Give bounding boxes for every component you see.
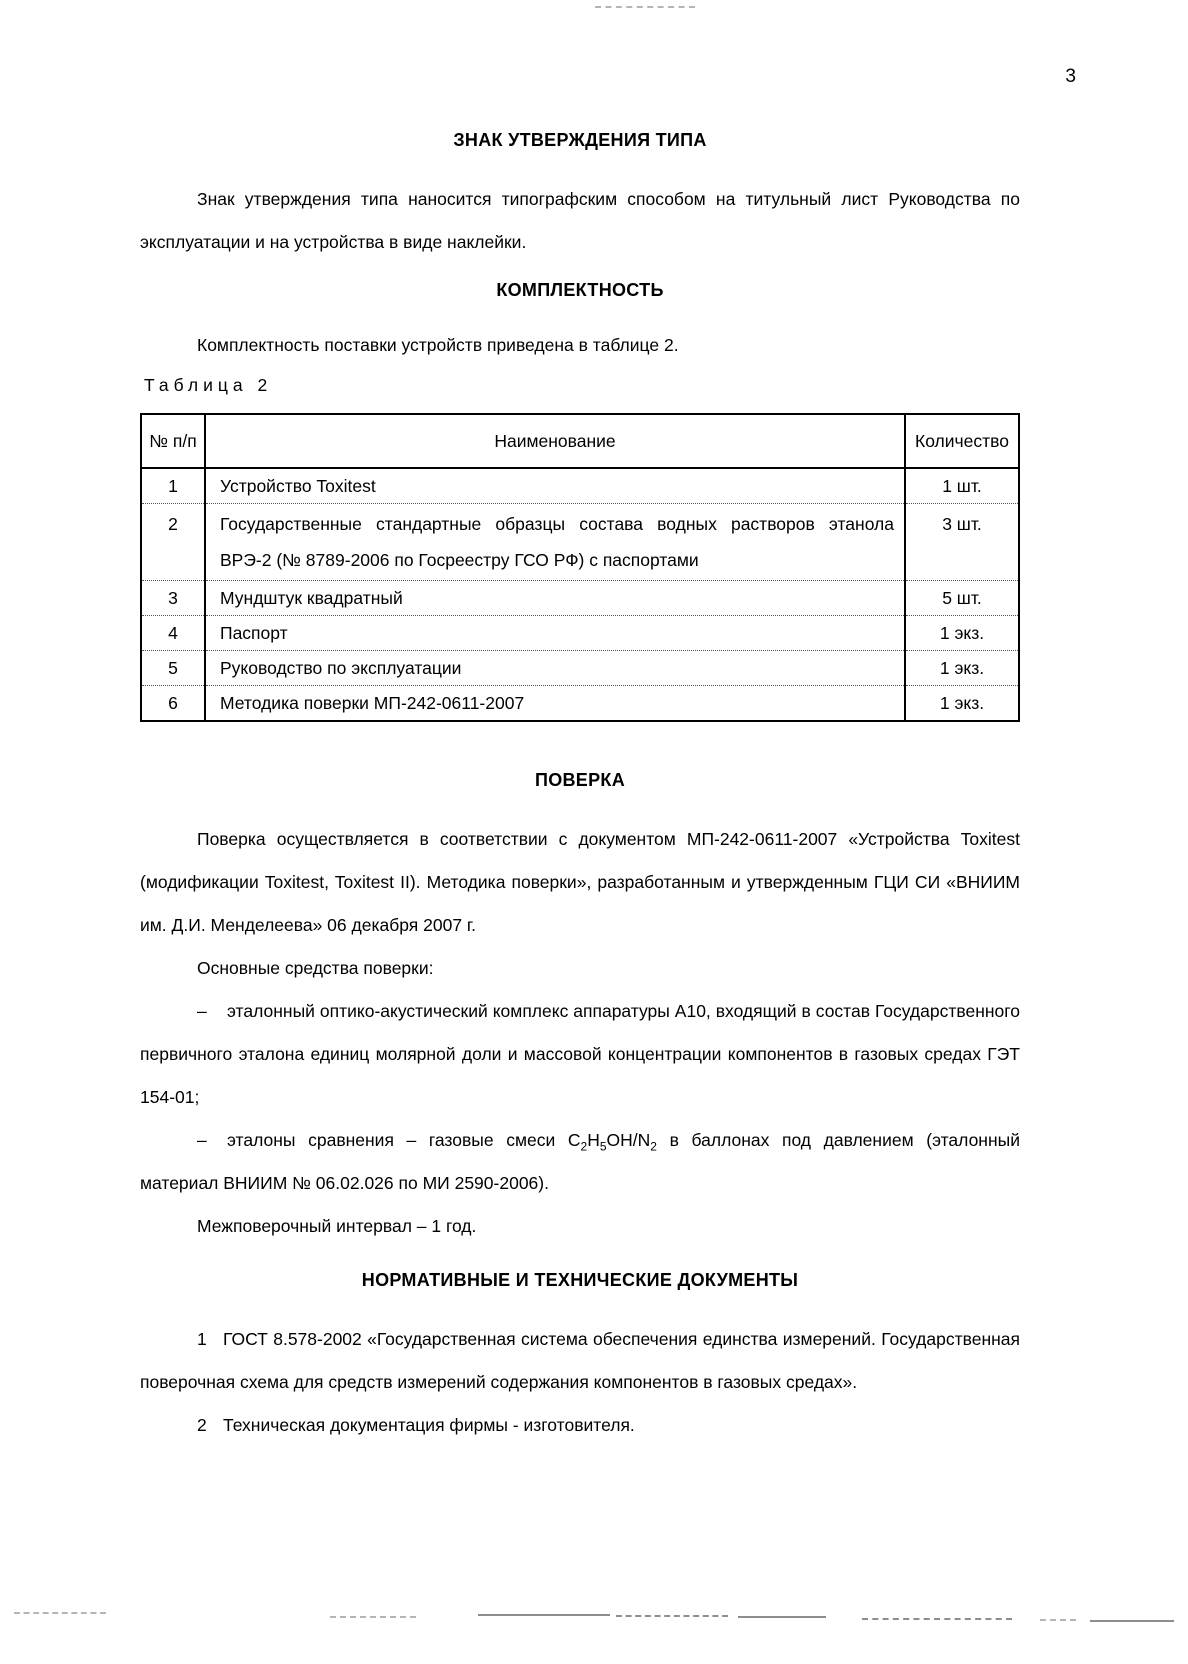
row-quantity: 3 шт. xyxy=(905,504,1019,581)
row-quantity: 1 экз. xyxy=(905,686,1019,722)
table-row: 5 Руководство по эксплуатации 1 экз. xyxy=(141,651,1019,686)
row-name: Методика поверки МП-242-0611-2007 xyxy=(205,686,905,722)
row-number: 6 xyxy=(141,686,205,722)
row-number: 5 xyxy=(141,651,205,686)
table-row: 6 Методика поверки МП-242-0611-2007 1 эк… xyxy=(141,686,1019,722)
column-header-number: № п/п xyxy=(141,414,205,468)
scan-artifact xyxy=(478,1614,610,1616)
row-number: 3 xyxy=(141,581,205,616)
scan-artifact xyxy=(14,1612,106,1614)
verification-means-intro: Основные средства поверки: xyxy=(140,947,1020,990)
verification-paragraph: Поверка осуществляется в соответствии с … xyxy=(140,818,1020,947)
row-name: Руководство по эксплуатации xyxy=(205,651,905,686)
section-title-verification: ПОВЕРКА xyxy=(140,768,1020,792)
document-page: 3 ЗНАК УТВЕРЖДЕНИЯ ТИПА Знак утверждения… xyxy=(0,0,1188,1664)
type-approval-paragraph: Знак утверждения типа наносится типограф… xyxy=(140,178,1020,264)
means-text: эталонный оптико-акустический комплекс а… xyxy=(140,1001,1020,1107)
verification-interval: Межповерочный интервал – 1 год. xyxy=(140,1205,1020,1248)
completeness-intro: Комплектность поставки устройств приведе… xyxy=(140,324,1020,367)
dash-marker: – xyxy=(197,990,227,1033)
item-text: Техническая документация фирмы - изготов… xyxy=(223,1415,635,1435)
row-name: Государственные стандартные образцы сост… xyxy=(205,504,905,581)
row-quantity: 5 шт. xyxy=(905,581,1019,616)
delivery-set-table: № п/п Наименование Количество 1 Устройст… xyxy=(140,413,1020,722)
means-text-part: H xyxy=(587,1130,600,1150)
table-row: 2 Государственные стандартные образцы со… xyxy=(141,504,1019,581)
item-number: 1 xyxy=(197,1318,223,1361)
scan-artifact xyxy=(616,1615,728,1617)
verification-means-item-1: –эталонный оптико-акустический комплекс … xyxy=(140,990,1020,1119)
row-quantity: 1 экз. xyxy=(905,616,1019,651)
section-title-type-approval: ЗНАК УТВЕРЖДЕНИЯ ТИПА xyxy=(140,0,1020,152)
scan-artifact xyxy=(330,1616,416,1618)
item-number: 2 xyxy=(197,1404,223,1447)
page-number: 3 xyxy=(1065,66,1076,88)
row-number: 1 xyxy=(141,468,205,504)
column-header-name: Наименование xyxy=(205,414,905,468)
row-number: 4 xyxy=(141,616,205,651)
scan-artifact xyxy=(1040,1619,1076,1621)
table-row: 3 Мундштук квадратный 5 шт. xyxy=(141,581,1019,616)
row-quantity: 1 шт. xyxy=(905,468,1019,504)
table-caption: Таблица 2 xyxy=(140,367,1020,403)
item-text: ГОСТ 8.578-2002 «Государственная система… xyxy=(140,1329,1020,1392)
column-header-quantity: Количество xyxy=(905,414,1019,468)
row-number: 2 xyxy=(141,504,205,581)
means-text-part: OH/N xyxy=(607,1130,651,1150)
document-content: ЗНАК УТВЕРЖДЕНИЯ ТИПА Знак утверждения т… xyxy=(140,0,1020,1447)
table-row: 1 Устройство Toxitest 1 шт. xyxy=(141,468,1019,504)
normative-item-1: 1ГОСТ 8.578-2002 «Государственная систем… xyxy=(140,1318,1020,1404)
scan-artifact xyxy=(738,1616,826,1618)
row-name: Паспорт xyxy=(205,616,905,651)
normative-item-2: 2Техническая документация фирмы - изгото… xyxy=(140,1404,1020,1447)
row-quantity: 1 экз. xyxy=(905,651,1019,686)
verification-means-item-2: –эталоны сравнения – газовые смеси C2H5O… xyxy=(140,1119,1020,1205)
scan-artifact xyxy=(862,1618,1012,1620)
scan-artifact xyxy=(1090,1620,1174,1622)
section-title-completeness: КОМПЛЕКТНОСТЬ xyxy=(140,278,1020,302)
row-name: Устройство Toxitest xyxy=(205,468,905,504)
means-text-part: эталоны сравнения – газовые смеси C xyxy=(227,1130,581,1150)
row-name: Мундштук квадратный xyxy=(205,581,905,616)
table-row: 4 Паспорт 1 экз. xyxy=(141,616,1019,651)
section-title-normative: НОРМАТИВНЫЕ И ТЕХНИЧЕСКИЕ ДОКУМЕНТЫ xyxy=(140,1268,1020,1292)
formula-subscript: 2 xyxy=(650,1140,657,1154)
dash-marker: – xyxy=(197,1119,227,1162)
formula-subscript: 5 xyxy=(600,1140,607,1154)
table-header-row: № п/п Наименование Количество xyxy=(141,414,1019,468)
